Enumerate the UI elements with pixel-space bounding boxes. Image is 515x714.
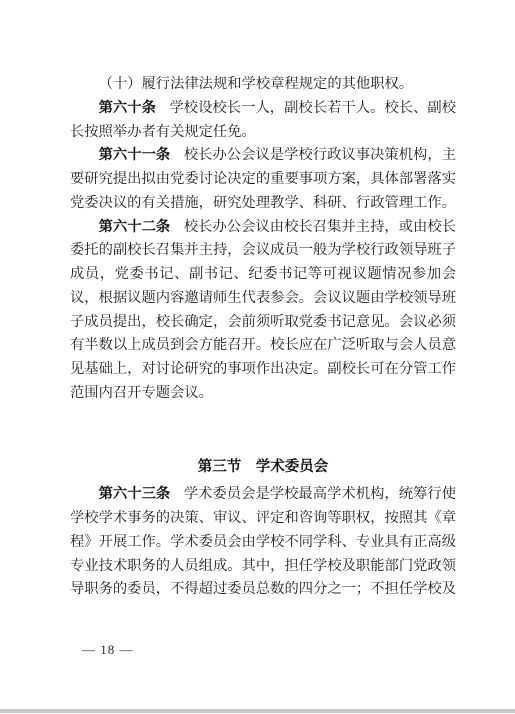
- article-paragraph: 第六十三条学术委员会是学校最高学术机构，统筹行使学校学术事务的决策、审议、评定和…: [70, 483, 456, 602]
- section-heading: 第三节 学术委员会: [70, 456, 456, 480]
- page-number: — 18 —: [82, 642, 134, 658]
- paragraph-text: 校长办公会议由校长召集并主持，或由校长委托的副校长召集并主持，会议成员一般为学校…: [70, 219, 456, 401]
- article-number: 第六十三条: [99, 486, 184, 502]
- scanned-document-page: （十）履行法律法规和学校章程规定的其他职权。第六十条学校设校长一人，副校长若干人…: [0, 0, 515, 714]
- paragraph-text: （十）履行法律法规和学校章程规定的其他职权。: [99, 76, 414, 92]
- article-paragraph: 第六十二条校长办公会议由校长召集并主持，或由校长委托的副校长召集并主持，会议成员…: [70, 216, 456, 406]
- article-paragraph: 第六十一条校长办公会议是学校行政议事决策机构，主要研究提出拟由党委讨论决定的重要…: [70, 144, 456, 215]
- paragraph: （十）履行法律法规和学校章程规定的其他职权。: [70, 73, 456, 97]
- paragraph-text: 学术委员会是学校最高学术机构，统筹行使学校学术事务的决策、审议、评定和咨询等职权…: [70, 486, 456, 597]
- document-body: （十）履行法律法规和学校章程规定的其他职权。第六十条学校设校长一人，副校长若干人…: [70, 73, 456, 602]
- article-paragraph: 第六十条学校设校长一人，副校长若干人。校长、副校长按照举办者有关规定任免。: [70, 97, 456, 145]
- article-number: 第六十二条: [99, 219, 184, 235]
- article-number: 第六十一条: [99, 147, 184, 163]
- article-number: 第六十条: [99, 100, 170, 116]
- scan-edge-bottom: [0, 709, 515, 713]
